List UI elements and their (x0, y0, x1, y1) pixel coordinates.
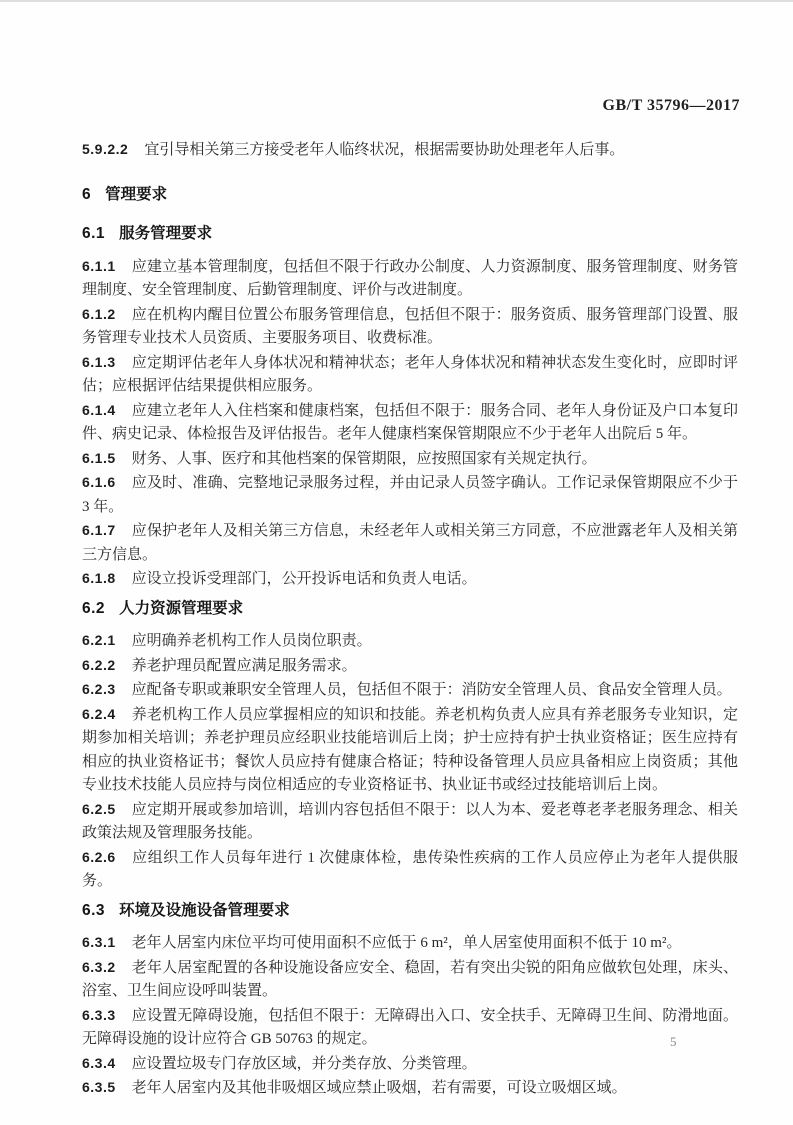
clause-text: 应及时、准确、完整地记录服务过程，并由记录人员签字确认。工作记录保管期限应不少于… (82, 475, 738, 515)
clause-number: 6.3.3 (82, 1007, 132, 1023)
clause-6-1-6: 6.1.6应及时、准确、完整地记录服务过程，并由记录人员签字确认。工作记录保管期… (82, 471, 738, 519)
clause-text: 应配备专职或兼职安全管理人员，包括但不限于：消防安全管理人员、食品安全管理人员。 (132, 682, 732, 698)
clause-number: 6.3.4 (82, 1055, 132, 1071)
document-page: GB/T 35796—2017 5.9.2.2宜引导相关第三方接受老年人临终状况… (0, 0, 793, 1125)
clause-number: 6.1.5 (82, 450, 132, 466)
heading-text: 人力资源管理要求 (119, 600, 243, 617)
heading-number: 6.3 (82, 902, 119, 919)
clause-text: 应保护老年人及相关第三方信息，未经老年人或相关第三方同意，不应泄露老年人及相关第… (82, 523, 738, 563)
clause-number: 6.1.8 (82, 570, 132, 586)
clause-text: 应建立老年人入住档案和健康档案，包括但不限于：服务合同、老年人身份证及户口本复印… (82, 403, 738, 443)
clause-number: 6.1.3 (82, 354, 132, 370)
clause-6-1-3: 6.1.3应定期评估老年人身体状况和精神状态；老年人身体状况和精神状态发生变化时… (82, 351, 738, 399)
page-number: 5 (670, 1034, 677, 1050)
clause-text: 养老护理员配置应满足服务需求。 (132, 658, 357, 674)
clause-text: 应在机构内醒目位置公布服务管理信息，包括但不限于：服务资质、服务管理部门设置、服… (82, 307, 738, 347)
clause-6-2-2: 6.2.2养老护理员配置应满足服务需求。 (82, 654, 738, 679)
scan-edge-artifact (0, 0, 793, 2)
clause-number: 6.3.1 (82, 934, 132, 950)
standard-number: GB/T 35796—2017 (0, 97, 740, 115)
clause-text: 应定期评估老年人身体状况和精神状态；老年人身体状况和精神状态发生变化时，应即时评… (82, 355, 738, 395)
clause-number: 6.1.2 (82, 306, 132, 322)
clause-6-1-8: 6.1.8应设立投诉受理部门，公开投诉电话和负责人电话。 (82, 567, 738, 592)
clause-number: 6.2.5 (82, 801, 132, 817)
subsection-heading-6-3: 6.3环境及设施设备管理要求 (82, 899, 738, 923)
clause-number: 6.2.6 (82, 849, 132, 865)
clause-number: 6.1.6 (82, 474, 132, 490)
document-body: 5.9.2.2宜引导相关第三方接受老年人临终状况，根据需要协助处理老年人后事。 … (82, 138, 738, 1101)
clause-6-1-7: 6.1.7应保护老年人及相关第三方信息，未经老年人或相关第三方同意，不应泄露老年… (82, 519, 738, 567)
subsection-heading-6-2: 6.2人力资源管理要求 (82, 597, 738, 621)
clause-number: 6.2.4 (82, 706, 132, 722)
clause-6-3-3: 6.3.3应设置无障碍设施，包括但不限于：无障碍出入口、安全扶手、无障碍卫生间、… (82, 1004, 738, 1052)
clause-text: 应设置无障碍设施，包括但不限于：无障碍出入口、安全扶手、无障碍卫生间、防滑地面。… (82, 1008, 738, 1048)
subsection-heading-6-1: 6.1服务管理要求 (82, 222, 738, 246)
clause-6-3-4: 6.3.4应设置垃圾专门存放区域，并分类存放、分类管理。 (82, 1052, 738, 1077)
clause-number: 6.3.5 (82, 1079, 132, 1095)
clause-text: 老年人居室配置的各种设施设备应安全、稳固，若有突出尖锐的阳角应做软包处理，床头、… (82, 960, 738, 1000)
clause-text: 养老机构工作人员应掌握相应的知识和技能。养老机构负责人应具有养老服务专业知识，定… (82, 707, 738, 794)
clause-6-2-1: 6.2.1应明确养老机构工作人员岗位职责。 (82, 629, 738, 654)
clause-6-2-6: 6.2.6应组织工作人员每年进行 1 次健康体检，患传染性疾病的工作人员应停止为… (82, 846, 738, 894)
clause-6-2-5: 6.2.5应定期开展或参加培训，培训内容包括但不限于：以人为本、爱老尊老孝老服务… (82, 798, 738, 846)
clause-6-2-3: 6.2.3应配备专职或兼职安全管理人员，包括但不限于：消防安全管理人员、食品安全… (82, 678, 738, 703)
clause-number: 6.2.1 (82, 632, 132, 648)
heading-text: 管理要求 (105, 186, 167, 203)
clause-text: 应设立投诉受理部门，公开投诉电话和负责人电话。 (132, 571, 477, 587)
clause-5-9-2-2: 5.9.2.2宜引导相关第三方接受老年人临终状况，根据需要协助处理老年人后事。 (82, 138, 738, 163)
clause-6-1-1: 6.1.1应建立基本管理制度，包括但不限于行政办公制度、人力资源制度、服务管理制… (82, 255, 738, 303)
clause-text: 应组织工作人员每年进行 1 次健康体检，患传染性疾病的工作人员应停止为老年人提供… (82, 850, 738, 890)
clause-number: 6.2.3 (82, 681, 132, 697)
heading-text: 服务管理要求 (119, 225, 212, 242)
clause-text: 老年人居室内床位平均可使用面积不应低于 6 m²，单人居室使用面积不低于 10 … (132, 935, 682, 951)
section-heading-6: 6管理要求 (82, 183, 738, 207)
clause-number: 6.1.7 (82, 522, 132, 538)
clause-text: 应定期开展或参加培训，培训内容包括但不限于：以人为本、爱老尊老孝老服务理念、相关… (82, 802, 738, 842)
clause-6-3-2: 6.3.2老年人居室配置的各种设施设备应安全、稳固，若有突出尖锐的阳角应做软包处… (82, 956, 738, 1004)
heading-number: 6 (82, 186, 105, 203)
clause-text: 应设置垃圾专门存放区域，并分类存放、分类管理。 (132, 1056, 477, 1072)
heading-number: 6.2 (82, 600, 119, 617)
heading-number: 6.1 (82, 225, 119, 242)
clause-6-1-4: 6.1.4应建立老年人入住档案和健康档案，包括但不限于：服务合同、老年人身份证及… (82, 399, 738, 447)
heading-text: 环境及设施设备管理要求 (119, 902, 290, 919)
clause-text: 应建立基本管理制度，包括但不限于行政办公制度、人力资源制度、服务管理制度、财务管… (82, 259, 738, 299)
clause-6-2-4: 6.2.4养老机构工作人员应掌握相应的知识和技能。养老机构负责人应具有养老服务专… (82, 703, 738, 798)
clause-number: 6.3.2 (82, 959, 132, 975)
clause-6-3-5: 6.3.5老年人居室内及其他非吸烟区域应禁止吸烟，若有需要，可设立吸烟区域。 (82, 1076, 738, 1101)
clause-6-1-2: 6.1.2应在机构内醒目位置公布服务管理信息，包括但不限于：服务资质、服务管理部… (82, 303, 738, 351)
clause-number: 6.1.4 (82, 402, 132, 418)
clause-6-3-1: 6.3.1老年人居室内床位平均可使用面积不应低于 6 m²，单人居室使用面积不低… (82, 931, 738, 956)
clause-text: 宜引导相关第三方接受老年人临终状况，根据需要协助处理老年人后事。 (144, 142, 624, 158)
clause-number: 6.1.1 (82, 258, 132, 274)
clause-text: 财务、人事、医疗和其他档案的保管期限，应按照国家有关规定执行。 (132, 451, 597, 467)
clause-number: 6.2.2 (82, 657, 132, 673)
clause-text: 老年人居室内及其他非吸烟区域应禁止吸烟，若有需要，可设立吸烟区域。 (132, 1080, 627, 1096)
clause-number: 5.9.2.2 (82, 141, 144, 157)
clause-text: 应明确养老机构工作人员岗位职责。 (132, 633, 372, 649)
clause-6-1-5: 6.1.5财务、人事、医疗和其他档案的保管期限，应按照国家有关规定执行。 (82, 447, 738, 472)
